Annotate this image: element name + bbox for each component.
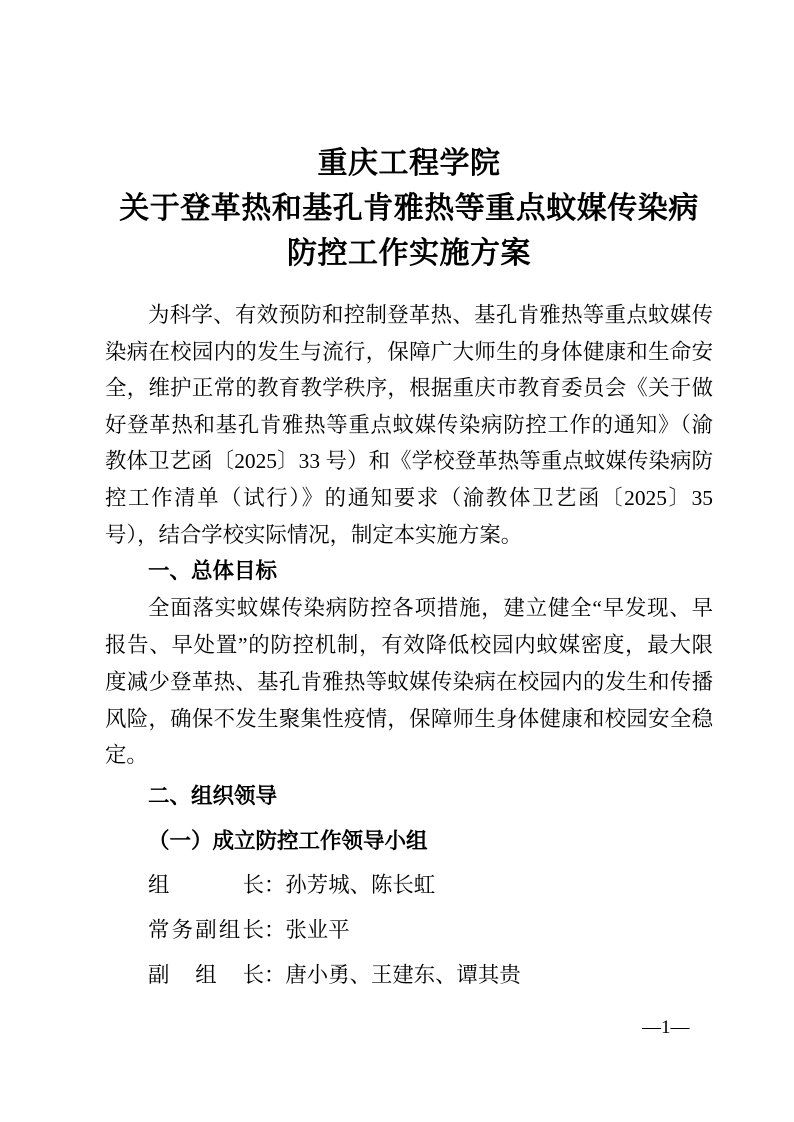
leader-label: 常务副组长	[148, 908, 264, 953]
paragraph-overall-goals: 全面落实蚊媒传染病防控各项措施，建立健全“早发现、早报告、早处置”的防控机制，有…	[105, 590, 713, 774]
subheading-leadership-group: （一）成立防控工作领导小组	[105, 819, 713, 863]
document-page: 重庆工程学院 关于登革热和基孔肯雅热等重点蚊媒传染病 防控工作实施方案 为科学、…	[0, 0, 794, 1122]
document-content: 重庆工程学院 关于登革热和基孔肯雅热等重点蚊媒传染病 防控工作实施方案 为科学、…	[105, 0, 713, 998]
leader-colon: ：	[264, 918, 285, 942]
leader-label: 组长	[148, 863, 264, 908]
title-line-2: 关于登革热和基孔肯雅热等重点蚊媒传染病	[105, 186, 713, 231]
leader-names: 孙芳城、陈长虹	[285, 873, 435, 897]
leader-row-executive-deputy: 常务副组长：张业平	[105, 908, 713, 953]
title-line-1: 重庆工程学院	[105, 141, 713, 186]
leader-row-group-leader: 组长：孙芳城、陈长虹	[105, 863, 713, 908]
leader-names: 张业平	[285, 918, 349, 942]
section-heading-overall-goals: 一、总体目标	[105, 553, 713, 590]
leader-colon: ：	[264, 873, 285, 897]
leader-colon: ：	[264, 963, 285, 987]
section-heading-organization: 二、组织领导	[105, 778, 713, 815]
document-title: 重庆工程学院 关于登革热和基孔肯雅热等重点蚊媒传染病 防控工作实施方案	[105, 141, 713, 276]
intro-paragraph: 为科学、有效预防和控制登革热、基孔肯雅热等重点蚊媒传染病在校园内的发生与流行，保…	[105, 297, 713, 553]
title-line-3: 防控工作实施方案	[105, 231, 713, 276]
page-number: —1—	[642, 1016, 690, 1040]
leader-names: 唐小勇、王建东、谭其贵	[285, 963, 520, 987]
leader-row-deputy-leaders: 副组长：唐小勇、王建东、谭其贵	[105, 953, 713, 998]
leader-label: 副组长	[148, 953, 264, 998]
